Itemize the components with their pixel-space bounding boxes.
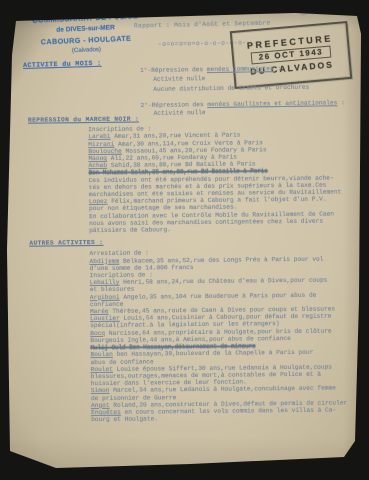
document-body: REPRESSION du MARCHE NOIR :Inscriptions … [0, 113, 369, 424]
typed-text: pâtissiers de Cabourg. [89, 226, 171, 234]
typed-text: menées communistes [207, 65, 274, 73]
typed-text: Loustier [90, 315, 120, 322]
typed-text: Aucune distribution de tracts et brochur… [153, 84, 309, 93]
typed-text: Bocq [90, 330, 105, 337]
typed-text: REPRESSION du MARCHE NOIR : [28, 116, 139, 124]
handwritten-reference: SW44/1 [301, 3, 351, 19]
report-title: Rapport : Mois d'Août et Septembre [134, 20, 271, 30]
typed-line: pâtissiers de Cabourg. [89, 224, 369, 234]
typed-text: AUTRES ACTIVITES : [29, 239, 103, 247]
letterhead: COMMISSARIAT DE POLICE de DIVES-sur-MER … [26, 11, 146, 56]
section-heading: AUTRES ACTIVITES : [29, 236, 369, 247]
activity-month-heading: ACTIVITE du MOIS : [23, 60, 102, 69]
typed-text: Lopez [89, 198, 108, 205]
typed-text: Maooq [88, 155, 107, 162]
typed-text: Larabi [88, 133, 110, 140]
section-heading: REPRESSION du MARCHE NOIR : [28, 113, 369, 124]
typed-text: : [337, 99, 345, 106]
typed-text: Mizrani [88, 140, 114, 147]
typed-text: : [274, 65, 282, 72]
typed-text: Enquêtes [91, 409, 121, 416]
scan-background: COMMISSARIAT DE POLICE de DIVES-sur-MER … [0, 0, 369, 480]
activity-list: 1°-Répression des menées communistes :Ac… [140, 64, 345, 119]
typed-text: Abdijemm [89, 257, 119, 264]
typed-text: 2°-Répression des [140, 101, 207, 109]
typed-text: Marée [90, 308, 109, 315]
typed-text: Activité nulle [153, 75, 205, 83]
typed-text: Roulet [91, 366, 113, 373]
typed-text: 1°-Répression des [140, 66, 207, 74]
activity-month-label: ACTIVITE du MOIS : [23, 60, 102, 69]
typed-text: confiance [90, 301, 123, 308]
typed-text: Boulouche [88, 148, 121, 155]
letterhead-line: (Calvados) [27, 45, 145, 56]
typed-text: Argiboni [90, 293, 120, 300]
typed-text: bourg et Houlgate. [91, 415, 158, 423]
typed-line: bourg et Houlgate. [91, 413, 369, 423]
document-page: COMMISSARIAT DE POLICE de DIVES-sur-MER … [0, 0, 369, 480]
typed-text: Boulan [90, 351, 112, 358]
typed-text: Simon [91, 387, 110, 394]
typed-text: Lebailly [90, 279, 120, 286]
typed-text: Angot [91, 402, 110, 409]
typed-line: Aucune distribution de tracts et brochur… [153, 83, 344, 94]
typed-line: Activité nulle [153, 73, 344, 84]
typed-text: menées Gaullistes et antinationales [207, 99, 337, 108]
